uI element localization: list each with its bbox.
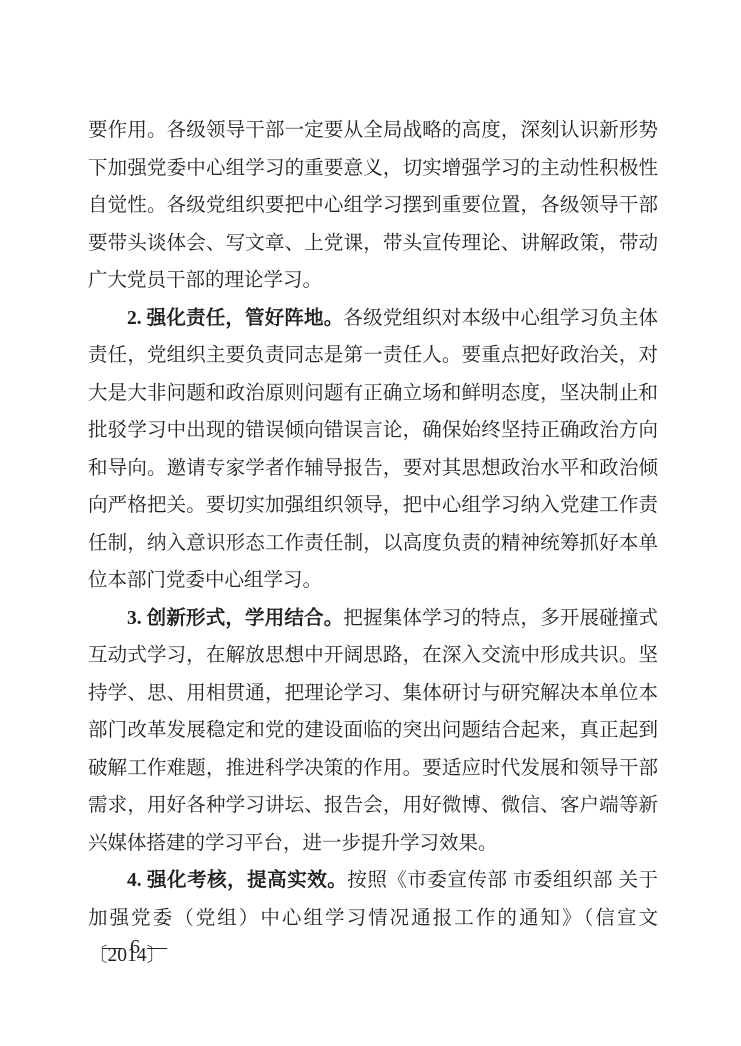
paragraph-2-heading: 2. 强化责任，管好阵地。 — [127, 308, 343, 329]
paragraph-3-heading: 3. 创新形式，学用结合。 — [127, 608, 343, 629]
paragraph-4-heading: 4. 强化考核，提高实效。 — [127, 870, 347, 891]
paragraph-2: 2. 强化责任，管好阵地。各级党组织对本级中心组学习负主体责任，党组织主要负责同… — [88, 300, 658, 600]
paragraph-1: 要作用。各级领导干部一定要从全局战略的高度，深刻认识新形势下加强党委中心组学习的… — [88, 112, 658, 300]
document-page: 要作用。各级领导干部一定要从全局战略的高度，深刻认识新形势下加强党委中心组学习的… — [0, 0, 741, 1046]
document-body: 要作用。各级领导干部一定要从全局战略的高度，深刻认识新形势下加强党委中心组学习的… — [88, 112, 658, 975]
paragraph-4: 4. 强化考核，提高实效。按照《市委宣传部 市委组织部 关于加强党委（党组）中心… — [88, 862, 658, 975]
paragraph-3: 3. 创新形式，学用结合。把握集体学习的特点，多开展碰撞式互动式学习，在解放思想… — [88, 600, 658, 863]
paragraph-1-text: 要作用。各级领导干部一定要从全局战略的高度，深刻认识新形势下加强党委中心组学习的… — [88, 120, 658, 291]
paragraph-2-text: 各级党组织对本级中心组学习负主体责任，党组织主要负责同志是第一责任人。要重点把好… — [88, 308, 658, 592]
page-number: — 6 — — [103, 936, 168, 959]
paragraph-3-text: 把握集体学习的特点，多开展碰撞式互动式学习，在解放思想中开阔思路，在深入交流中形… — [88, 608, 658, 854]
